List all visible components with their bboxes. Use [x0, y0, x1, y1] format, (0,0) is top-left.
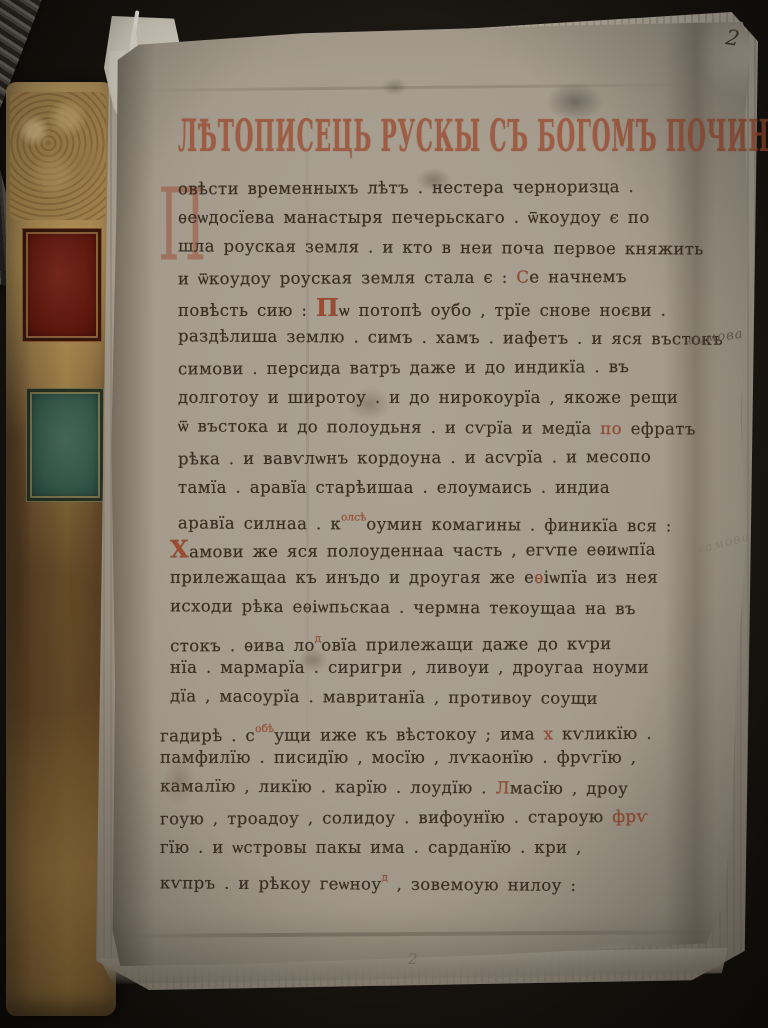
ink-text: амови же яся полоуденнаа часть , егѵпе е…	[189, 540, 656, 561]
rubric-text: олсѣ	[341, 511, 366, 523]
manuscript-line: долготоу и широтоу . и до нирокоурїа , я…	[178, 383, 712, 413]
rubric-text: Л	[496, 778, 510, 797]
ink-text: повѣсть сию :	[178, 301, 316, 320]
ink-text: іѡпїа из нея	[544, 568, 658, 587]
manuscript-line: рѣка . и вавѵлѡнъ кордоуна . и асѵрїа . …	[178, 442, 712, 475]
rubric-text: х	[543, 724, 553, 743]
bottom-page-number: 2	[408, 950, 418, 968]
ink-text: камалїю , ликїю . карїю . лоудїю .	[160, 776, 496, 797]
manuscript-line: раздѣлиша землю . симъ . хамъ . иафетъ .…	[178, 321, 712, 354]
manuscript-line: гоую , троадоу , солидоу . вифоунїю . ст…	[160, 802, 712, 835]
manuscript-line: шла роуская земля . и кто в неи поча пер…	[178, 231, 712, 264]
manuscript-line: ѿ въстока и до полоудьня . и сѵрїа и мед…	[178, 411, 712, 444]
rubricated-vyaz-title: ЛѢТОПИСЕЦЬ РУСКЫ СЪ БОГОМЪ ПОЧИНАЕМЪ	[178, 112, 605, 162]
rubric-text: Х	[170, 534, 189, 563]
manuscript-line: нїа . мармарїа . сиригри , ливоуи , дроу…	[170, 653, 712, 683]
ink-text: рѣка . и вавѵлѡнъ кордоуна . и асѵрїа . …	[178, 447, 651, 468]
ink-text: и ѿкоудоу роуская земля стала є :	[178, 268, 516, 289]
manuscript-lines: овѣсти временныхъ лѣтъ . нестера чернори…	[178, 173, 712, 893]
spine-worn-headcap	[10, 92, 106, 220]
manuscript-line: аравїа силнаа . колсѣоумин комагины . фи…	[178, 501, 712, 534]
manuscript-line: стокъ . ѳива лодовїа прилежащи даже до к…	[170, 622, 712, 655]
ink-text: гїю . и ѡстровы пакы има . сарданїю . кр…	[160, 838, 582, 857]
manuscript-line: кѵпръ . и рѣкоу геѡноуд , зовемоую нилоу…	[160, 861, 712, 894]
manuscript-line: прилежащаа къ инъдо и дроугая же еѳіѡпїа…	[170, 563, 712, 593]
ink-text: овѣсти временныхъ лѣтъ . нестера чернори…	[178, 177, 634, 198]
manuscript-line: Хамови же яся полоуденнаа часть , егѵпе …	[170, 532, 712, 565]
ink-text: гоую , троадоу , солидоу . вифоунїю . ст…	[160, 807, 612, 828]
rubric-text: П	[316, 293, 339, 322]
ink-text: кѵликїю .	[553, 724, 652, 744]
spine-label-red	[22, 228, 102, 342]
ink-text: шла роуская земля . и кто в неи поча пер…	[178, 236, 704, 258]
ink-text: прилежащаа къ инъдо и дроугая же е	[170, 568, 534, 587]
ink-text: аравїа силнаа . к	[178, 513, 341, 533]
ink-text: памфилїю . писидїю , мосїю , лѵкаонїю . …	[160, 748, 636, 767]
manuscript-line: гадирѣ . собѣущи иже къ вѣстокоу ; има х…	[160, 712, 712, 745]
ink-text: кѵпръ . и рѣкоу геѡноу	[160, 873, 382, 893]
ink-text: долготоу и широтоу . и до нирокоурїа , я…	[178, 388, 678, 407]
ink-text: масїю , дроу	[510, 778, 629, 798]
ink-text: ѿ въстока и до полоудьня . и сѵрїа и мед…	[178, 416, 600, 438]
ink-text: ѳеѡдосїева манастыря печерьскаго . ѿкоуд…	[178, 208, 650, 227]
rubric-text: по	[600, 419, 622, 438]
rubric-text: С	[516, 268, 529, 287]
crease-line-top	[140, 83, 694, 92]
ink-text: стокъ . ѳива ло	[170, 636, 315, 656]
ink-text: е начнемъ	[529, 267, 627, 287]
manuscript-photo: П ЛѢТОПИСЕЦЬ РУСКЫ СЪ БОГОМЪ ПОЧИНАЕМЪ о…	[0, 0, 768, 1028]
manuscript-line: ѳеѡдосїева манастыря печерьскаго . ѿкоуд…	[178, 203, 712, 233]
rubric-text: ѳ	[534, 568, 544, 587]
stain	[382, 78, 408, 96]
manuscript-line: гїю . и ѡстровы пакы има . сарданїю . кр…	[160, 833, 712, 863]
ink-text: раздѣлиша землю . симъ . хамъ . иафетъ .…	[178, 326, 723, 348]
ink-text: ефратъ	[622, 419, 696, 438]
ink-text: дїа , масоурїа . мавританїа , противоу с…	[170, 686, 598, 708]
ink-text: ущи иже къ вѣстокоу ; има	[274, 724, 543, 744]
manuscript-text-block: ЛѢТОПИСЕЦЬ РУСКЫ СЪ БОГОМЪ ПОЧИНАЕМЪ овѣ…	[178, 112, 712, 893]
ink-text: симови . персида ватръ даже и до индикїа…	[178, 357, 629, 378]
rubric-text: обѣ	[255, 723, 274, 735]
ink-text: , зовемоую нилоу :	[388, 875, 576, 895]
ink-text: тамїа . аравїа старѣишаа . елоумаись . и…	[178, 478, 610, 497]
manuscript-line: и ѿкоудоу роуская земля стала є : Се нач…	[178, 262, 712, 295]
ink-text: овїа прилежащи даже до кѵри	[321, 634, 611, 655]
manuscript-line: исходи рѣка еѳіѡпьскаа . чермна текоущаа…	[170, 591, 712, 624]
manuscript-line: овѣсти временныхъ лѣтъ . нестера чернори…	[178, 172, 712, 205]
manuscript-line: камалїю , ликїю . карїю . лоудїю . Лмасї…	[160, 771, 712, 804]
manuscript-line: повѣсть сию : Пѡ потопѣ оубо , трїе снов…	[178, 293, 712, 323]
manuscript-line: симови . персида ватръ даже и до индикїа…	[178, 352, 712, 385]
spine-label-green	[26, 388, 104, 502]
manuscript-line: дїа , масоурїа . мавританїа , противоу с…	[170, 681, 712, 714]
ink-text: гадирѣ . с	[160, 726, 255, 745]
ink-text: нїа . мармарїа . сиригри , ливоуи , дроу…	[170, 658, 649, 677]
crease-line-bottom	[124, 930, 716, 938]
rubric-text: фрѵ	[612, 807, 648, 826]
manuscript-line: памфилїю . писидїю , мосїю , лѵкаонїю . …	[160, 743, 712, 773]
ink-text: ѡ потопѣ оубо , трїе снове ноєви .	[339, 301, 666, 320]
manuscript-line: тамїа . аравїа старѣишаа . елоумаись . и…	[178, 473, 712, 503]
ink-text: исходи рѣка еѳіѡпьскаа . чермна текоущаа…	[170, 596, 636, 618]
